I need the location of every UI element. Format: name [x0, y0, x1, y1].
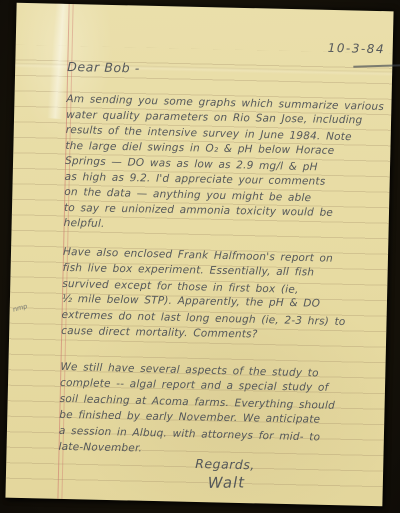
- closing: Regards,: [195, 456, 255, 472]
- date-underline: [353, 64, 400, 67]
- salutation: Dear Bob -: [67, 59, 140, 76]
- signature: Walt: [208, 473, 245, 491]
- paragraph-3: We still have several aspects of the stu…: [58, 359, 375, 462]
- paragraph-2: Have also enclosed Frank Halfmoon's repo…: [61, 245, 378, 347]
- margin-note: nmp: [12, 302, 28, 313]
- letter-page: nmp 10-3-84 Dear Bob - Am sending you so…: [5, 3, 393, 506]
- letter-date: 10-3-84: [328, 41, 386, 56]
- scanner-background: nmp 10-3-84 Dear Bob - Am sending you so…: [0, 0, 400, 513]
- paragraph-1: Am sending you some graphs which summari…: [63, 92, 381, 239]
